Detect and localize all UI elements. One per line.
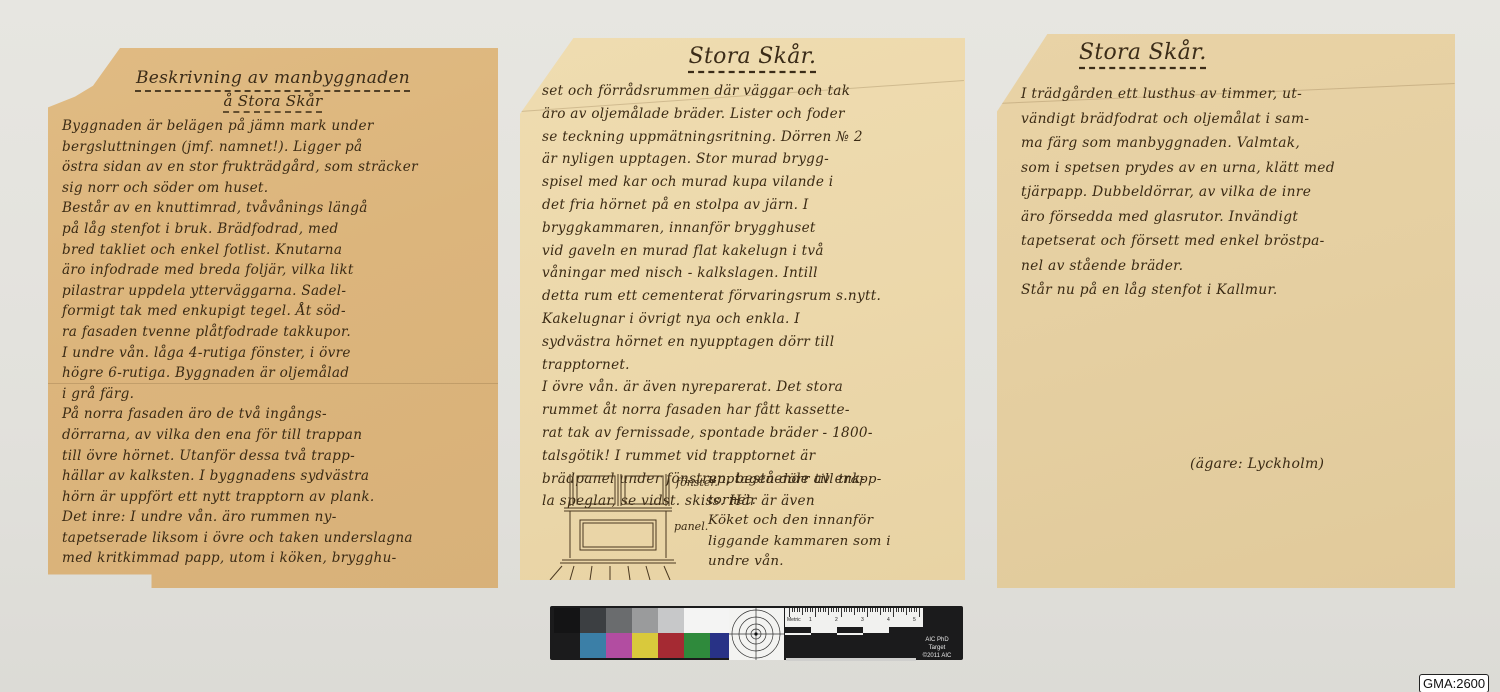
sketch-label-panel: panel.	[674, 520, 708, 533]
text-line: äro försedda med glasrutor. Invändigt	[1021, 205, 1455, 230]
ruler-tick	[838, 608, 839, 612]
page-3-body: I trädgården ett lusthus av timmer, ut- …	[1021, 82, 1455, 303]
text-line: våningar med nisch - kalkslagen. Intill	[542, 262, 965, 285]
scale-strip	[786, 658, 916, 661]
text-line: vid gaveln en murad flat kakelugn i två	[542, 240, 965, 263]
color-swatch-green	[684, 633, 710, 658]
text-line: bryggkammaren, innanför brygghuset	[542, 217, 965, 240]
text-line: Byggnaden är belägen på jämn mark under	[62, 116, 498, 137]
text-line: I undre vån. låga 4-rutiga fönster, i öv…	[62, 343, 498, 364]
page-1-subtitle: å Stora Skår	[48, 92, 498, 110]
text-line: sydvästra hörnet en nyupptagen dörr till	[542, 331, 965, 354]
ruler-tick	[836, 608, 837, 612]
text-line: I trädgården ett lusthus av timmer, ut-	[1021, 82, 1455, 107]
focus-target-rings	[729, 608, 784, 660]
ruler-tick	[880, 608, 881, 615]
ruler-tick	[893, 608, 894, 617]
ruler-tick	[864, 608, 865, 612]
ruler-tick	[914, 608, 915, 612]
ruler-number: 4	[887, 617, 890, 623]
text-line: upptagen dörr till trapp-	[708, 470, 965, 491]
manuscript-page-3: Stora Skår. I trädgården ett lusthus av …	[997, 34, 1455, 588]
ruler-tick	[898, 608, 899, 612]
ruler-tick	[799, 608, 800, 612]
color-swatch-magenta	[606, 633, 632, 658]
text-line: bergsluttningen (jmf. namnet!). Ligger p…	[62, 137, 498, 158]
color-calibration-target: Metric 1 2 3 4 5 AIC PhD Target ©2011 AI…	[550, 606, 963, 660]
target-rings-icon	[729, 608, 784, 660]
page-2-body: set och förrådsrummen där väggar och tak…	[542, 80, 965, 513]
scale-band	[811, 627, 837, 633]
color-swatch-red	[658, 633, 684, 658]
text-line: hörn är uppfört ett nytt trapptorn av pl…	[62, 487, 498, 508]
text-line: med kritkimmad papp, utom i köken, brygg…	[62, 548, 498, 569]
gray-swatch-2	[580, 608, 606, 633]
ruler-tick	[857, 608, 858, 612]
ruler-tick	[888, 608, 889, 612]
target-copyright: ©2011 AIC	[917, 652, 957, 660]
ruler-tick	[802, 608, 803, 615]
page-3-title: Stora Skår.	[997, 40, 1455, 65]
text-line: till övre hörnet. Utanför dessa två trap…	[62, 446, 498, 467]
scale-band	[837, 633, 863, 635]
text-line: Består av en knuttimrad, tvåvånings läng…	[62, 198, 498, 219]
text-line: undre vån.	[708, 552, 965, 573]
ruler-tick	[792, 608, 793, 612]
white-swatch	[710, 608, 730, 633]
ruler-number: 3	[861, 617, 864, 623]
ruler-tick	[916, 608, 917, 612]
ruler-tick	[841, 608, 842, 617]
catalog-id-label: GMA:2600	[1419, 674, 1489, 692]
text-line: tjärpapp. Dubbeldörrar, av vilka de inre	[1021, 180, 1455, 205]
text-line: Står nu på en låg stenfot i Kallmur.	[1021, 278, 1455, 303]
text-line: detta rum ett cementerat förvaringsrum s…	[542, 285, 965, 308]
text-line: bred takliet och enkel fotlist. Knutarna	[62, 240, 498, 261]
ruler-tick	[828, 608, 829, 615]
text-line: högre 6-rutiga. Byggnaden är oljemålad	[62, 363, 498, 384]
text-line: i grå färg.	[62, 384, 498, 405]
ruler-tick	[859, 608, 860, 612]
text-line: som i spetsen prydes av en urna, klätt m…	[1021, 156, 1455, 181]
text-line: formigt tak med enkupigt tegel. Åt söd-	[62, 301, 498, 322]
text-line: är nyligen upptagen. Stor murad brygg-	[542, 148, 965, 171]
page-2-sketch-side-text: upptagen dörr till trapp- tornet. Köket …	[708, 470, 965, 573]
gray-swatch-6	[684, 608, 710, 633]
text-line: vändigt brädfodrat och oljemålat i sam-	[1021, 107, 1455, 132]
ruler-tick	[890, 608, 891, 612]
ruler-tick	[896, 608, 897, 612]
ruler-tick	[846, 608, 847, 612]
ruler-tick	[872, 608, 873, 612]
page-1-title: Beskrivning av manbyggnaden	[48, 68, 498, 88]
manuscript-page-2: Stora Skår. set och förrådsrummen där vä…	[520, 38, 965, 580]
text-line: östra sidan av en stor frukträdgård, som…	[62, 157, 498, 178]
ruler-tick	[903, 608, 904, 612]
ruler-tick	[919, 608, 920, 617]
text-line: dörrarna, av vilka den ena för till trap…	[62, 425, 498, 446]
text-line: liggande kammaren som i	[708, 532, 965, 553]
ruler-tick	[823, 608, 824, 612]
ruler-tick	[885, 608, 886, 612]
scale-band	[863, 627, 889, 633]
text-line: sig norr och söder om huset.	[62, 178, 498, 199]
page-1-body: Byggnaden är belägen på jämn mark under …	[62, 116, 498, 569]
scale-band	[785, 633, 811, 635]
window-panel-sketch	[540, 470, 680, 580]
ruler-tick	[849, 608, 850, 612]
text-line: tapetserade liksom i övre och taken unde…	[62, 528, 498, 549]
manuscript-page-1: Beskrivning av manbyggnaden å Stora Skår…	[48, 48, 498, 588]
ruler-tick	[812, 608, 813, 612]
text-line: pilastrar uppdela ytterväggarna. Sadel-	[62, 281, 498, 302]
gray-swatch-5	[658, 608, 684, 633]
text-line: I övre vån. är även nyreparerat. Det sto…	[542, 376, 965, 399]
ruler-tick	[820, 608, 821, 612]
text-line: tornet.	[708, 491, 965, 512]
text-line: ra fasaden tvenne plåtfodrade takkupor.	[62, 322, 498, 343]
text-line: rat tak av fernissade, spontade bräder -…	[542, 422, 965, 445]
text-line: På norra fasaden äro de två ingångs-	[62, 404, 498, 425]
target-name: AIC PhD Target	[917, 636, 957, 652]
text-line: på låg stenfot i bruk. Brädfodrad, med	[62, 219, 498, 240]
ruler-tick	[833, 608, 834, 612]
ruler-tick	[815, 608, 816, 617]
target-label: AIC PhD Target ©2011 AIC	[917, 636, 957, 660]
text-line: nel av stående bräder.	[1021, 254, 1455, 279]
text-line: talsgötik! I rummet vid trapptornet är	[542, 445, 965, 468]
color-swatch-yellow	[632, 633, 658, 658]
text-line: tapetserat och försett med enkel bröstpa…	[1021, 229, 1455, 254]
color-swatch-cyan	[580, 633, 606, 658]
ruler-tick	[797, 608, 798, 612]
ruler-tick	[794, 608, 795, 612]
ruler-number: 5	[913, 617, 916, 623]
text-line: Det inre: I undre vån. äro rummen ny-	[62, 507, 498, 528]
ruler-tick	[844, 608, 845, 612]
ruler-tick	[805, 608, 806, 612]
ruler-tick	[789, 608, 790, 617]
ruler-number: 1	[809, 617, 812, 623]
gray-swatch-4	[632, 608, 658, 633]
text-line: trapptornet.	[542, 354, 965, 377]
ruler-tick	[875, 608, 876, 612]
ruler-tick	[870, 608, 871, 612]
ruler-tick	[906, 608, 907, 615]
ruler-tick	[831, 608, 832, 612]
page-2-title: Stora Skår.	[520, 44, 965, 69]
ruler-tick	[862, 608, 863, 612]
ruler-tick	[810, 608, 811, 612]
gray-swatch-3	[606, 608, 632, 633]
text-line: ma färg som manbyggnaden. Valmtak,	[1021, 131, 1455, 156]
page-3-owner-note: (ägare: Lyckholm)	[1190, 456, 1455, 472]
text-line: spisel med kar och murad kupa vilande i	[542, 171, 965, 194]
text-line: hällar av kalksten. I byggnadens sydväst…	[62, 466, 498, 487]
ruler-tick	[877, 608, 878, 612]
ruler-tick	[807, 608, 808, 612]
text-line: Kakelugnar i övrigt nya och enkla. I	[542, 308, 965, 331]
text-line: det fria hörnet på en stolpa av järn. I	[542, 194, 965, 217]
ruler-tick	[911, 608, 912, 612]
text-line: Köket och den innanför	[708, 511, 965, 532]
ruler-tick	[851, 608, 852, 612]
text-line: set och förrådsrummen där väggar och tak	[542, 80, 965, 103]
ruler-number: 2	[835, 617, 838, 623]
ruler-tick	[867, 608, 868, 617]
ruler-tick	[825, 608, 826, 612]
ruler-tick	[909, 608, 910, 612]
ruler-tick	[818, 608, 819, 612]
ruler-tick	[854, 608, 855, 615]
ruler-tick	[883, 608, 884, 612]
color-swatch-blue	[710, 633, 730, 658]
text-line: äro infodrade med breda foljär, vilka li…	[62, 260, 498, 281]
text-line: rummet åt norra fasaden har fått kassett…	[542, 399, 965, 422]
ruler-tick	[901, 608, 902, 612]
text-line: se teckning uppmätningsritning. Dörren №…	[542, 126, 965, 149]
gray-swatch-1	[554, 608, 580, 633]
text-line: äro av oljemålade bräder. Lister och fod…	[542, 103, 965, 126]
metric-scale-ruler: Metric 1 2 3 4 5	[785, 608, 923, 627]
ruler-unit-label: Metric	[787, 617, 801, 623]
